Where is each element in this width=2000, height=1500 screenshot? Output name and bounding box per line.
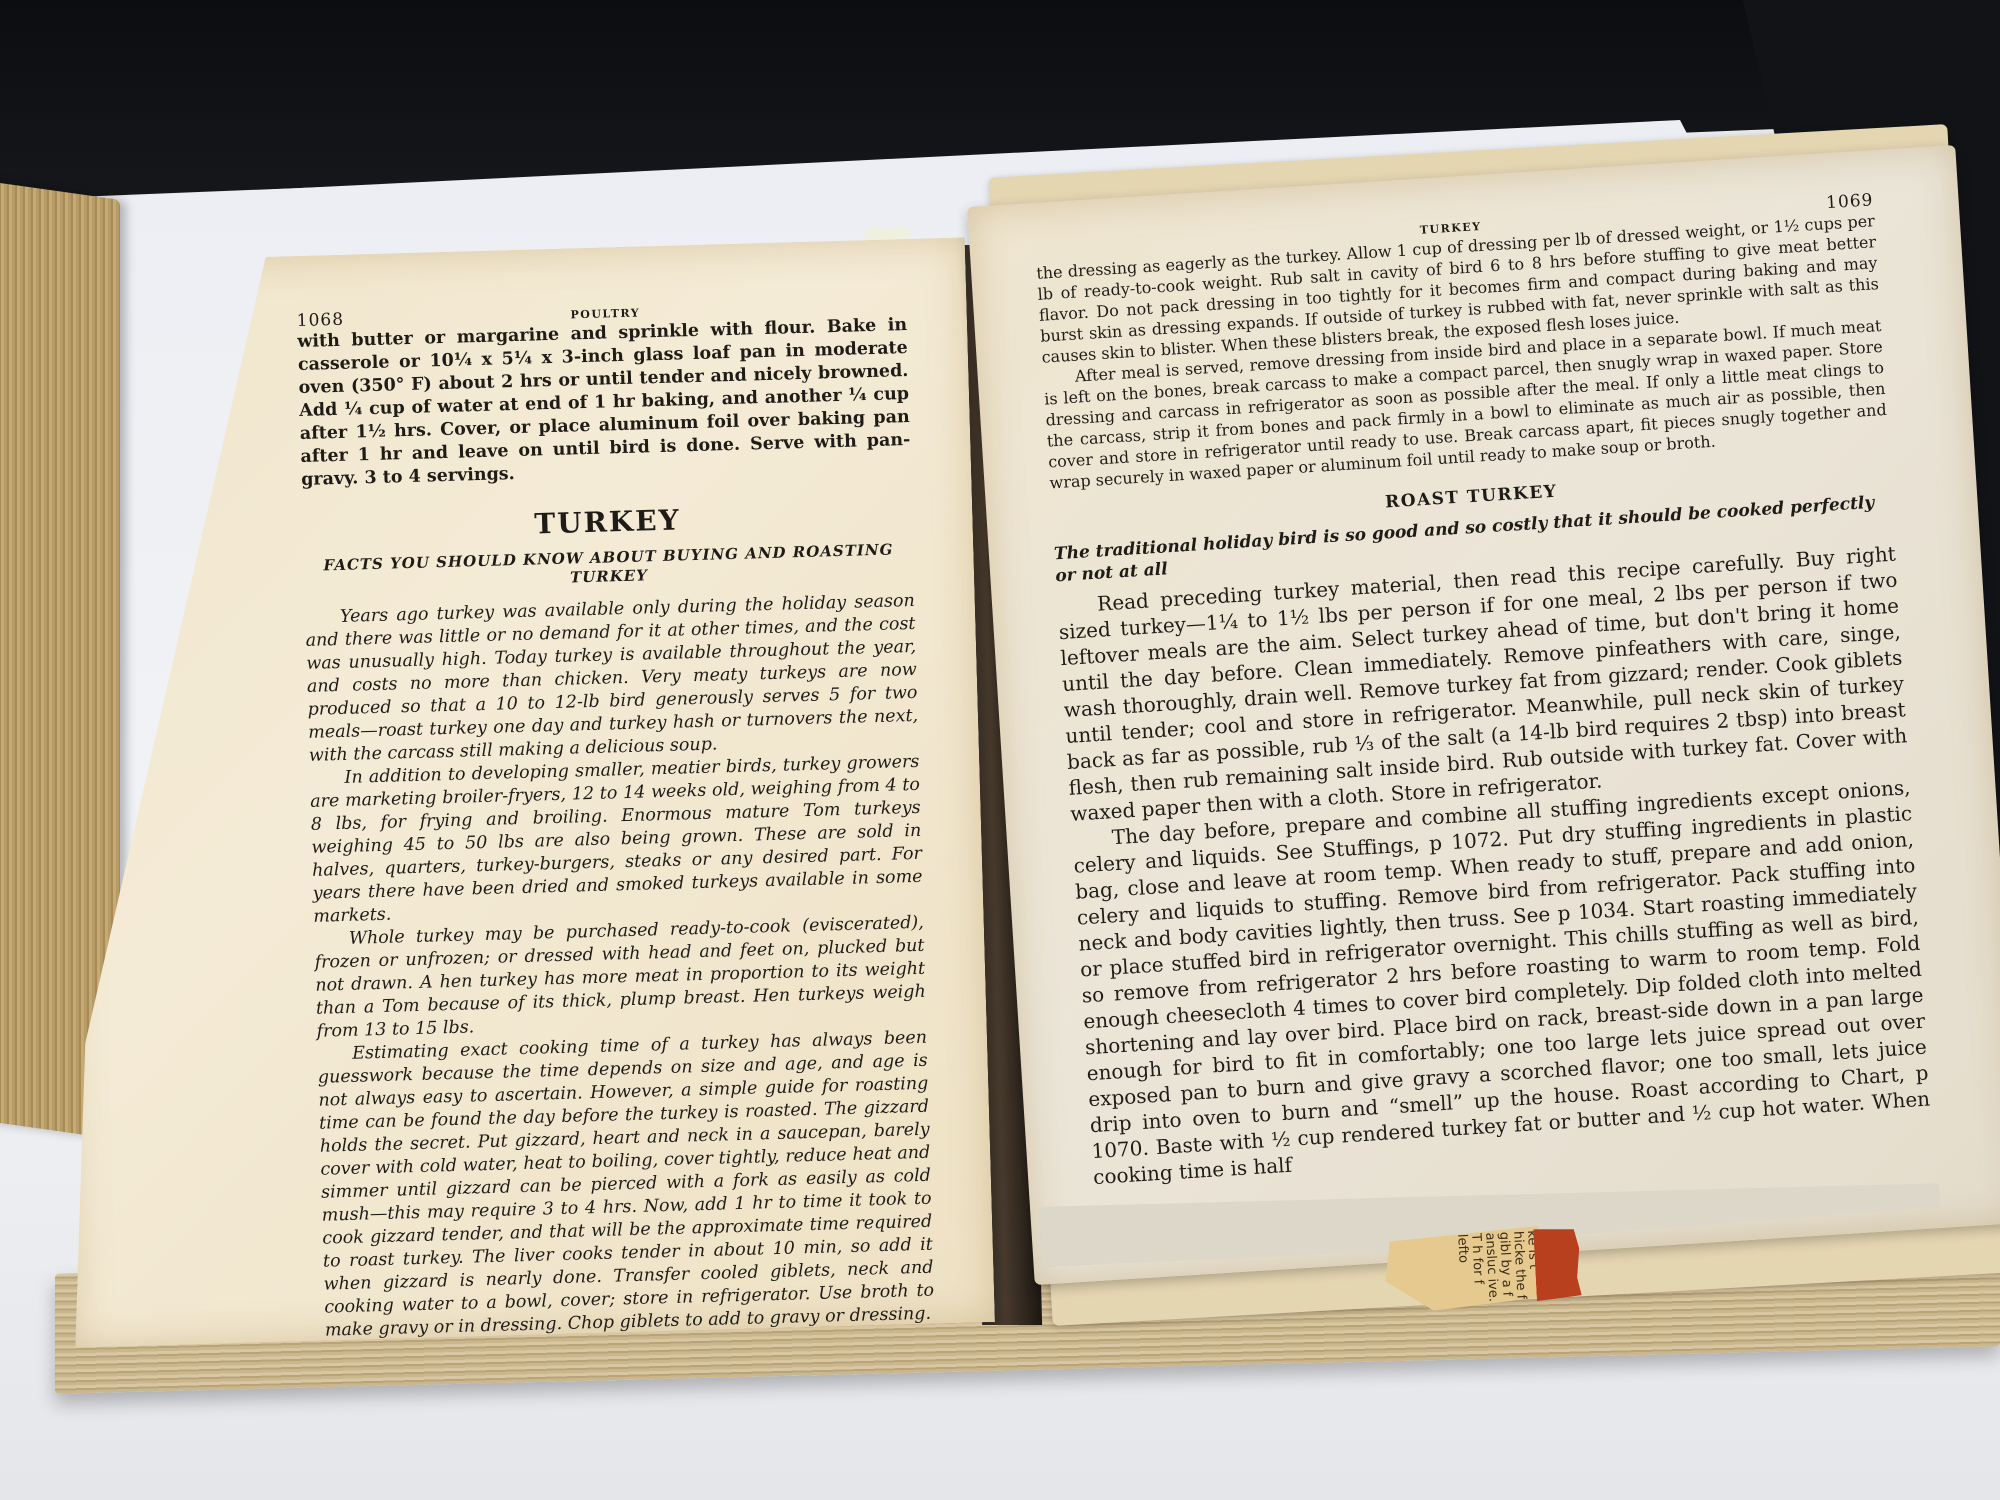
page-number: 1068 (296, 310, 344, 331)
right-page: TURKEY 1069 the dressing as eagerly as t… (967, 145, 2000, 1285)
left-page-text: 1068 POULTRY with butter or margarine an… (296, 294, 938, 1481)
paragraph: In addition to developing smaller, meati… (309, 751, 923, 929)
right-page-text: TURKEY 1069 the dressing as eagerly as t… (1034, 190, 1932, 1190)
intro-paragraph: with butter or margarine and sprinkle wi… (297, 314, 911, 492)
paragraph: Estimating exact cooking time of a turke… (317, 1027, 935, 1343)
paragraph: Years ago turkey was available only duri… (305, 590, 919, 768)
chapter-heading: TURKEY (302, 497, 913, 547)
paragraph: Whole turkey may be purchased ready-to-c… (314, 912, 927, 1044)
red-clipping-edge (1533, 1227, 1582, 1301)
section-title: POULTRY (570, 306, 640, 321)
paragraph: The day before, prepare and combine all … (1071, 774, 1932, 1190)
section-title: TURKEY (1420, 220, 1482, 237)
section-subheading: FACTS YOU SHOULD KNOW ABOUT BUYING AND R… (303, 540, 914, 595)
